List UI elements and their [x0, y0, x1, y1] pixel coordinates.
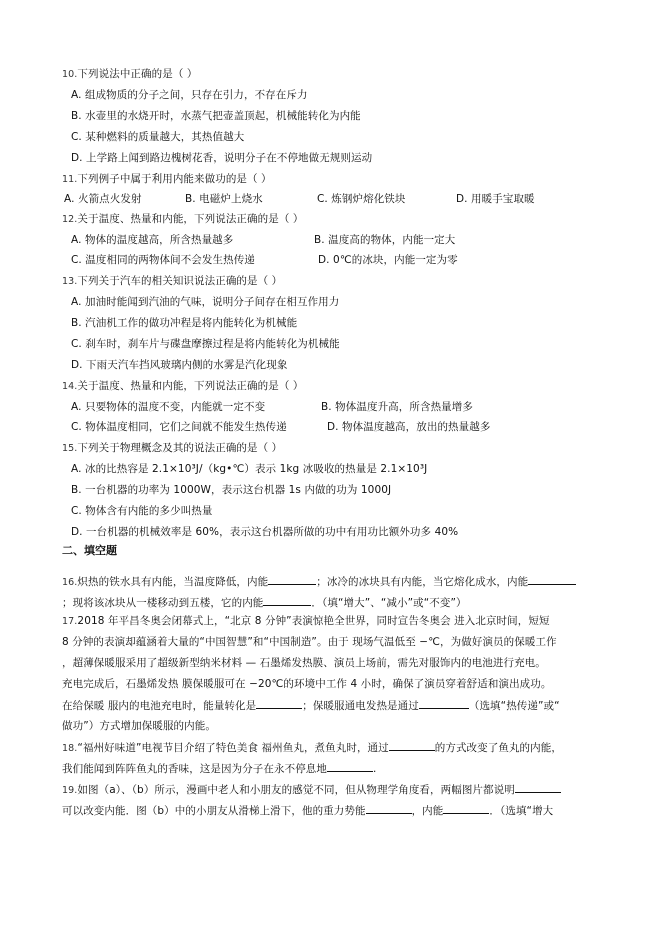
option-b: B. 物体温度升高，所含热量增多	[321, 400, 473, 414]
text: .	[373, 763, 376, 775]
question-17-line-3: ，超薄保暖服采用了超级新型纳米材料 — 石墨烯发热膜、演员上场前，需先对服饰内的…	[62, 656, 546, 670]
option-c: C. 温度相同的两物体间不会发生热传递	[71, 253, 255, 267]
text: ，内能	[412, 805, 444, 817]
option-d: D. 用暖手宝取暖	[456, 192, 535, 206]
option-c: C. 刹车时，刹车片与碟盘摩擦过程是将内能转化为机械能	[71, 337, 340, 351]
question-stem: 关于温度、热量和内能，下列说法正确的是（ ）	[77, 380, 303, 392]
option-a: A. 物体的温度越高，所含热量越多	[71, 233, 233, 247]
question-11: 11.下列例子中属于利用内能来做功的是（ ）	[62, 172, 272, 187]
question-19-line-1: 19.如图（a）、（b）所示，漫画中老人和小朋友的感觉不同，但从物理学角度看，两…	[62, 782, 561, 798]
text: 如图（a）、（b）所示，漫画中老人和小朋友的感觉不同，但从物理学角度看，两幅图片…	[77, 784, 514, 796]
answer-blank[interactable]	[256, 698, 302, 709]
question-16-line-2: ；现将该冰块从一楼移动到五楼，它的内能．（填“增大”、“减小”或“不变”）	[62, 595, 467, 610]
question-number: 10.	[62, 69, 77, 80]
option-d: D. 一台机器的机械效率是 60%，表示这台机器所做的功中有用功比额外功多 40…	[71, 525, 458, 539]
answer-blank[interactable]	[528, 574, 576, 585]
section-title-fill-in: 二、填空题	[62, 544, 117, 558]
question-10: 10.下列说法中正确的是（ ）	[62, 67, 197, 82]
question-17-line-6: 做功”）方式增加保暖服的内能。	[62, 719, 216, 733]
option-a: A. 冰的比热容是 2.1×10³J/（kg•℃）表示 1kg 冰吸收的热量是 …	[71, 462, 427, 476]
option-b: B. 温度高的物体，内能一定大	[314, 233, 455, 247]
question-number: 14.	[62, 381, 77, 392]
answer-blank[interactable]	[366, 803, 412, 814]
text: 在给保暖 服内的电池充电时，能量转化是	[62, 700, 256, 712]
option-a: A. 加油时能闻到汽油的气味，说明分子间存在相互作用力	[71, 295, 339, 309]
text: （选填“热传递”或“	[469, 700, 560, 712]
option-c: C. 物体温度相同，它们之间就不能发生热传递	[71, 420, 287, 434]
option-d: D. 物体温度越高，放出的热量越多	[327, 420, 490, 434]
question-15: 15.下列关于物理概念及其的说法正确的是（ ）	[62, 441, 282, 456]
option-a: A. 组成物质的分子之间，只存在引力，不存在斥力	[71, 88, 308, 102]
answer-blank[interactable]	[263, 595, 311, 606]
question-number: 15.	[62, 443, 77, 454]
answer-blank[interactable]	[389, 740, 435, 751]
option-c: C. 物体含有内能的多少叫热量	[71, 504, 213, 518]
question-stem: 关于温度、热量和内能，下列说法正确的是（ ）	[77, 213, 303, 225]
question-number: 17.	[62, 616, 77, 627]
answer-blank[interactable]	[515, 782, 561, 793]
question-number: 19.	[62, 785, 77, 796]
question-number: 13.	[62, 276, 77, 287]
question-12: 12.关于温度、热量和内能，下列说法正确的是（ ）	[62, 212, 303, 227]
option-a: A. 火箭点火发射	[64, 192, 142, 206]
answer-blank[interactable]	[419, 698, 469, 709]
text: ；现将该冰块从一楼移动到五楼，它的内能	[62, 597, 263, 609]
question-number: 12.	[62, 214, 77, 225]
text: 我们能闻到阵阵鱼丸的香味，这是因为分子在永不停息地	[62, 763, 327, 775]
question-number: 16.	[62, 577, 77, 588]
question-number: 11.	[62, 174, 77, 185]
option-b: B. 电磁炉上烧水	[185, 192, 263, 206]
answer-blank[interactable]	[327, 761, 373, 772]
option-b: B. 一台机器的功率为 1000W，表示这台机器 1s 内做的功为 1000J	[71, 483, 391, 497]
question-17-line-1: 17.2018 年平昌冬奥会闭幕式上，“北京 8 分钟”表演惊艳全世界，同时宣告…	[62, 614, 550, 629]
option-d: D. 上学路上闻到路边槐树花香，说明分子在不停地做无规则运动	[71, 151, 372, 165]
option-b: B. 汽油机工作的做功冲程是将内能转化为机械能	[71, 316, 297, 330]
text: 炽热的铁水具有内能，当温度降低，内能	[77, 576, 268, 588]
answer-blank[interactable]	[268, 574, 316, 585]
question-17-line-5: 在给保暖 服内的电池充电时，能量转化是；保暖服通电发热是通过（选填“热传递”或“	[62, 698, 560, 713]
question-18-line-2: 我们能闻到阵阵鱼丸的香味，这是因为分子在永不停息地.	[62, 761, 376, 776]
text: “福州好味道”电视节目介绍了特色美食 福州鱼丸，煮鱼丸时，通过	[77, 742, 388, 754]
exam-page: 10.下列说法中正确的是（ ） A. 组成物质的分子之间，只存在引力，不存在斥力…	[0, 0, 661, 936]
option-d: D. 0℃的冰块，内能一定为零	[318, 253, 458, 267]
option-b: B. 水壶里的水烧开时，水蒸气把壶盖顶起，机械能转化为内能	[71, 109, 361, 123]
text: ；冰冷的冰块具有内能，当它熔化成水，内能	[316, 576, 528, 588]
option-c: C. 某种燃料的质量越大，其热值越大	[71, 130, 244, 144]
question-14: 14.关于温度、热量和内能，下列说法正确的是（ ）	[62, 379, 303, 394]
question-stem: 下列说法中正确的是（ ）	[77, 68, 197, 80]
question-16-line-1: 16.炽热的铁水具有内能，当温度降低，内能；冰冷的冰块具有内能，当它熔化成水，内…	[62, 574, 576, 590]
question-17-line-4: 充电完成后，石墨烯发热 膜保暖服可在 −20℃的环境中工作 4 小时，确保了演员…	[62, 677, 551, 691]
question-stem: 下列关于物理概念及其的说法正确的是（ ）	[77, 442, 282, 454]
text: ；保暖服通电发热是通过	[302, 700, 419, 712]
option-a: A. 只要物体的温度不变，内能就一定不变	[71, 400, 265, 414]
question-19-line-2: 可以改变内能．图（b）中的小朋友从滑梯上滑下，他的重力势能，内能．（选填“增大	[62, 803, 553, 818]
text: 的方式改变了鱼丸的内能，	[435, 742, 562, 754]
text: 可以改变内能．图（b）中的小朋友从滑梯上滑下，他的重力势能	[62, 805, 366, 817]
answer-blank[interactable]	[443, 803, 489, 814]
text: ．（选填“增大	[489, 805, 553, 817]
text: ．（填“增大”、“减小”或“不变”）	[311, 597, 466, 609]
question-stem: 下列例子中属于利用内能来做功的是（ ）	[77, 173, 271, 185]
text: 2018 年平昌冬奥会闭幕式上，“北京 8 分钟”表演惊艳全世界，同时宣告冬奥会…	[77, 615, 549, 627]
option-c: C. 炼钢炉熔化铁块	[317, 192, 406, 206]
question-17-line-2: 8 分钟的表演却蕴涵着大量的“中国智慧”和“中国制造”。由于 现场气温低至 −℃…	[62, 635, 557, 649]
option-d: D. 下雨天汽车挡风玻璃内侧的水雾是汽化现象	[71, 358, 287, 372]
question-stem: 下列关于汽车的相关知识说法正确的是（ ）	[77, 275, 282, 287]
question-13: 13.下列关于汽车的相关知识说法正确的是（ ）	[62, 274, 282, 289]
question-number: 18.	[62, 743, 77, 754]
question-18-line-1: 18.“福州好味道”电视节目介绍了特色美食 福州鱼丸，煮鱼丸时，通过的方式改变了…	[62, 740, 562, 756]
